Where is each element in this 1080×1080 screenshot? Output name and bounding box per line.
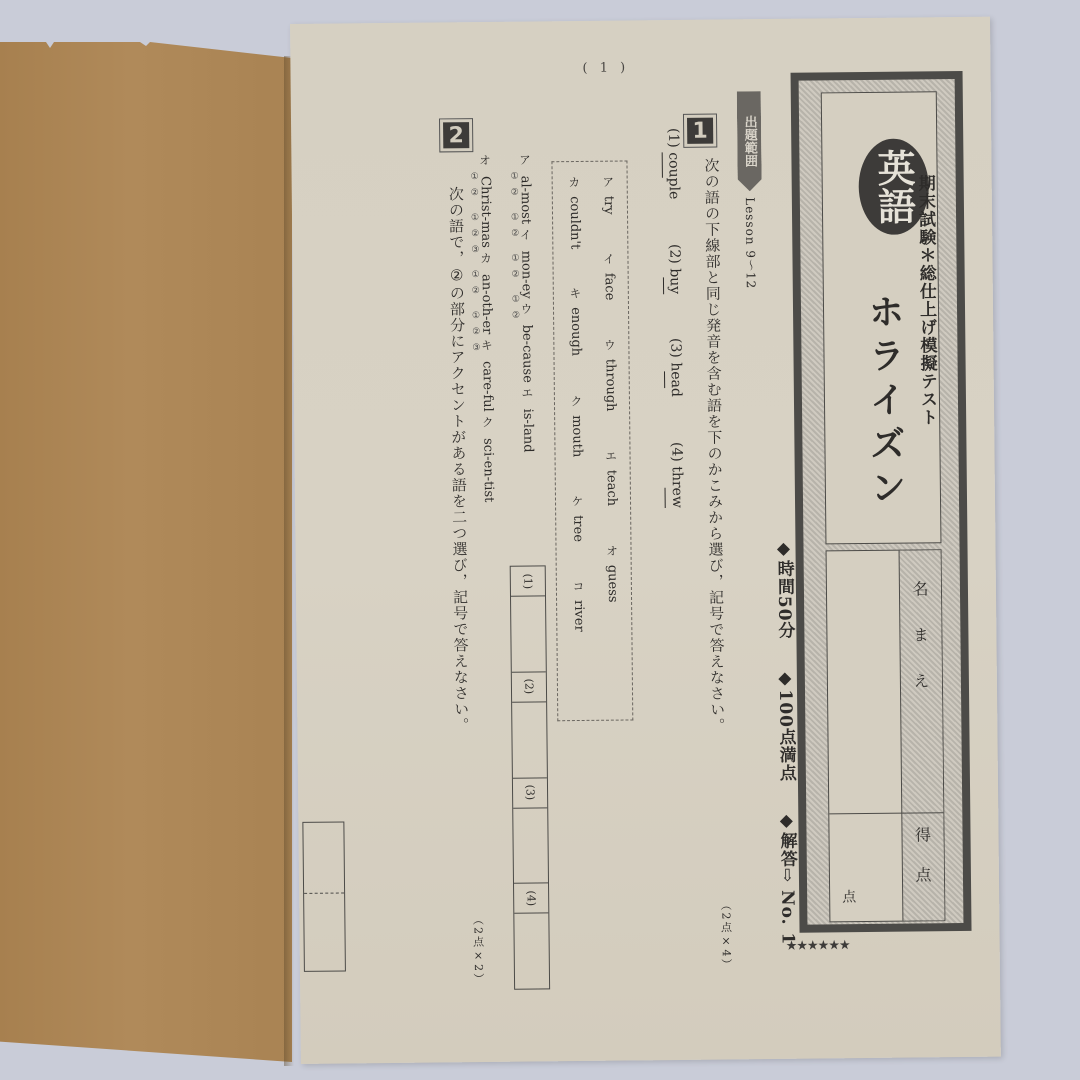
star-icon-row: ★★★★★★: [786, 938, 850, 954]
scope-tag: 出題範囲: [737, 91, 762, 191]
answer-field-4[interactable]: (4): [514, 884, 549, 989]
exam-meta: ◆時間50分 ◆100点満点 ◆解答⇨ No. 1: [771, 539, 800, 946]
exam-page: ( 1 ) 英語 期末試験＊総仕上げ模擬テスト ホライズン 名まえ 得点 点 ◆…: [290, 17, 1001, 1064]
question-1-words: (1) couple (2) buy (3) head (4) threw: [665, 128, 685, 548]
back-cover: [0, 42, 292, 1062]
page-number: ( 1 ): [582, 60, 629, 75]
word-item: (1) couple: [665, 128, 682, 199]
title-panel: 英語 期末試験＊総仕上げ模擬テスト ホライズン: [821, 91, 942, 544]
word-item: (4) threw: [668, 442, 685, 508]
question-2-number: 2: [439, 118, 473, 152]
full-score: ◆100点満点: [775, 668, 796, 782]
score-unit: 点: [838, 889, 858, 903]
answer-reference: ◆解答⇨ No. 1: [776, 811, 797, 946]
textbook-title: ホライズン: [858, 293, 911, 514]
lesson-range: Lesson 9～12: [742, 197, 760, 289]
question-2-points: （2点×2）: [469, 914, 486, 986]
score-label: 得点: [910, 826, 934, 906]
syllable-marks-row-2: ①② ①②③ ①② ①②③: [350, 172, 486, 773]
choice-row-2: カ couldn't キ enough ク mouth ケ tree コ riv…: [566, 176, 589, 716]
exam-type: 期末試験＊総仕上げ模擬テスト: [913, 174, 941, 426]
question-1-number: 1: [683, 114, 717, 148]
question-2-answer-field[interactable]: [302, 821, 346, 971]
question-1-instruction: 次の語の下線部と同じ発音を含む語を下のかこみから選び，記号で答えなさい。: [701, 157, 728, 733]
answer-field-3[interactable]: (3): [513, 778, 548, 884]
name-score-box: 名まえ 得点 点: [826, 549, 946, 922]
header-frame: 英語 期末試験＊総仕上げ模擬テスト ホライズン 名まえ 得点 点: [791, 71, 972, 933]
word-item: (2) buy: [666, 244, 683, 294]
divider: [304, 892, 344, 893]
choice-row-1: ア try イ face ウ through エ teach オ guess: [600, 176, 623, 716]
name-label: 名まえ: [908, 580, 932, 718]
time-limit: ◆時間50分: [773, 539, 794, 640]
word-item: (3) head: [667, 338, 684, 397]
choice-box: ア try イ face ウ through エ teach オ guess カ…: [551, 160, 633, 721]
question-1-points: （2点×4）: [717, 899, 734, 971]
